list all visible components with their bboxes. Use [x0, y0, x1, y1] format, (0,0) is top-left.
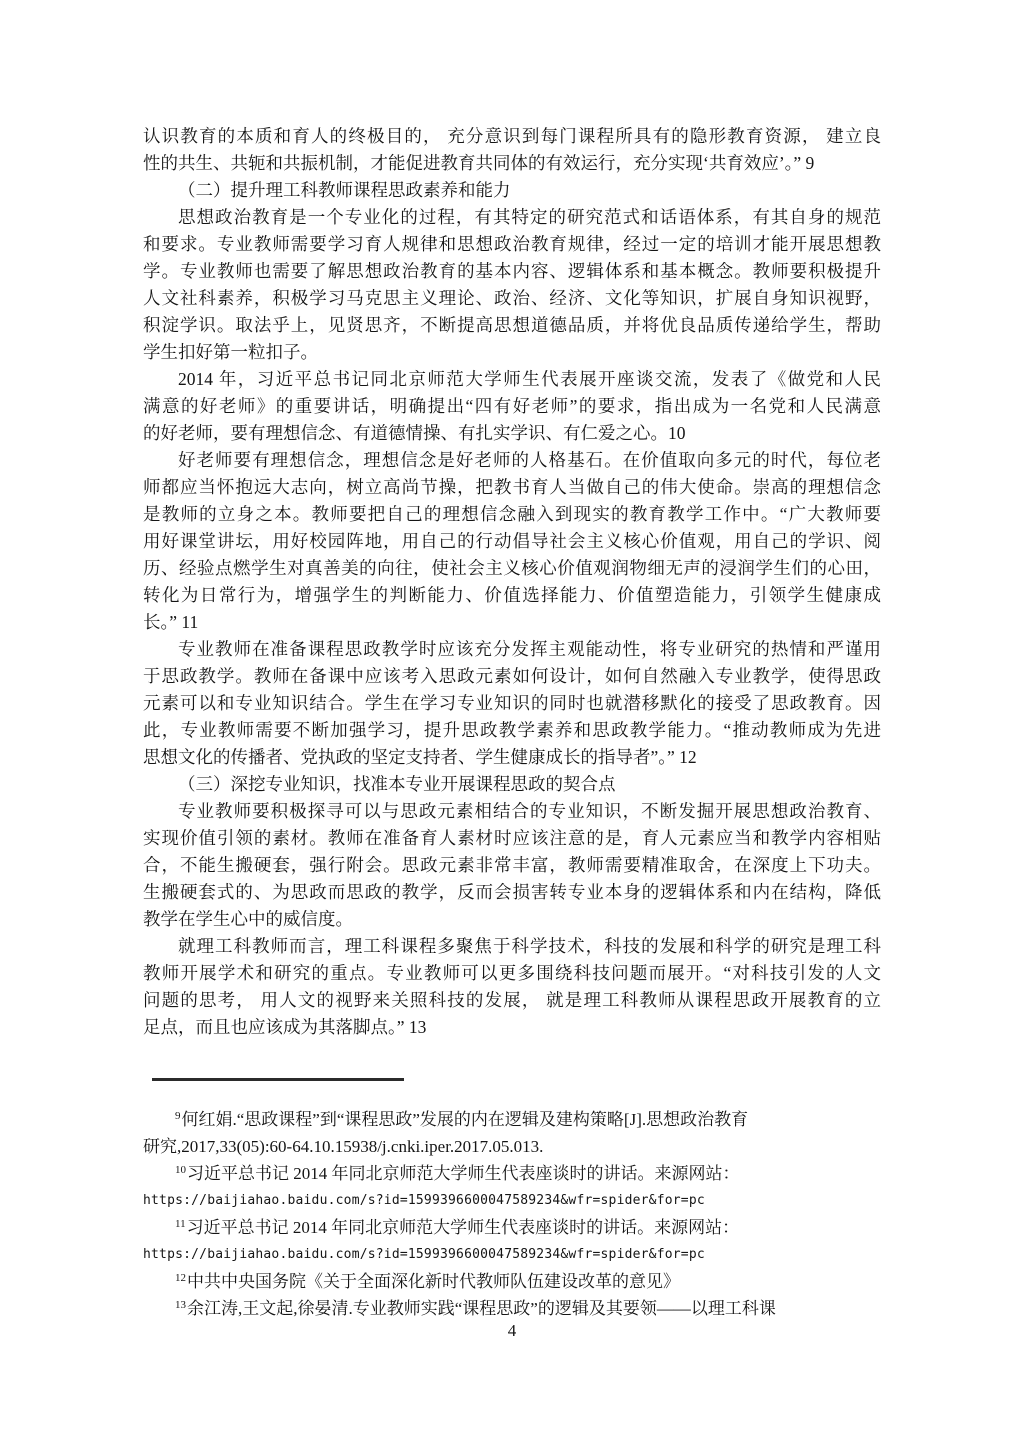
footnote-text: 中共中央国务院《关于全面深化新时代教师队伍建设改革的意见》	[187, 1272, 680, 1291]
footnote-text: https://baijiahao.baidu.com/s?id=1599396…	[143, 1187, 881, 1214]
footnote-number: 9	[175, 1106, 181, 1130]
body-line: 2014 年，习近平总书记同北京师范大学师生代表展开座谈交流，发表了《做党和人民	[143, 366, 881, 393]
footnote-text: 余江涛,王文起,徐晏清.专业教师实践“课程思政”的逻辑及其要领——以理工科课	[187, 1299, 776, 1318]
footnote-text: 习近平总书记 2014 年同北京师范大学师生代表座谈时的讲话。来源网站：	[187, 1218, 740, 1237]
footnote-text: 何红娟.“思政课程”到“课程思政”发展的内在逻辑及建构策略[J].思想政治教育	[182, 1110, 749, 1129]
body-line: 积淀学识。取法乎上，见贤思齐，不断提高思想道德品质，并将优良品质传递给学生，帮助	[143, 312, 881, 339]
body-line: 性的共生、共轭和共振机制，才能促进教育共同体的有效运行，充分实现‘共育效应’。”…	[143, 150, 881, 177]
body-line: 师都应当怀抱远大志向，树立高尚节操，把教书育人当做自己的伟大使命。崇高的理想信念	[143, 474, 881, 501]
body-line: 合，不能生搬硬套，强行附会。思政元素非常丰富，教师需要精准取舍，在深度上下功夫。	[143, 852, 881, 879]
section-heading: （二）提升理工科教师课程思政素养和能力	[143, 177, 881, 204]
footnote-number: 11	[175, 1214, 186, 1238]
footnote-line: 12中共中央国务院《关于全面深化新时代教师队伍建设改革的意见》	[143, 1268, 881, 1295]
footnote-separator	[152, 1078, 404, 1081]
footnote-text: 研究,2017,33(05):60-64.10.15938/j.cnki.ipe…	[143, 1133, 881, 1160]
footnote-line: 10习近平总书记 2014 年同北京师范大学师生代表座谈时的讲话。来源网站：	[143, 1160, 881, 1187]
document-page: 认识教育的本质和育人的终极目的， 充分意识到每门课程所具有的隐形教育资源， 建立…	[0, 0, 1024, 1448]
body-line: 和要求。专业教师需要学习育人规律和思想政治教育规律，经过一定的培训才能开展思想教	[143, 231, 881, 258]
footnote-number: 12	[175, 1268, 186, 1292]
body-line: 教学在学生心中的威信度。	[143, 906, 881, 933]
footnote-number: 13	[175, 1295, 186, 1319]
body-line: 实现价值引领的素材。教师在准备育人素材时应该注意的是，育人元素应当和教学内容相贴	[143, 825, 881, 852]
body-line: 转化为日常行为，增强学生的判断能力、价值选择能力、价值塑造能力，引领学生健康成	[143, 582, 881, 609]
body-line: 思想政治教育是一个专业化的过程，有其特定的研究范式和话语体系，有其自身的规范	[143, 204, 881, 231]
body-line: 长。” 11	[143, 609, 881, 636]
body-line: 生搬硬套式的、为思政而思政的教学，反而会损害转专业本身的逻辑体系和内在结构，降低	[143, 879, 881, 906]
footnote-text: https://baijiahao.baidu.com/s?id=1599396…	[143, 1241, 881, 1268]
body-line: 用好课堂讲坛，用好校园阵地，用自己的行动倡导社会主义核心价值观，用自己的学识、阅	[143, 528, 881, 555]
body-line: 问题的思考， 用人文的视野来关照科技的发展， 就是理工科教师从课程思政开展教育的…	[143, 987, 881, 1014]
page-number: 4	[0, 1317, 1024, 1344]
body-line: 教师开展学术和研究的重点。专业教师可以更多围绕科技问题而展开。“对科技引发的人文	[143, 960, 881, 987]
body-line: 学生扣好第一粒扣子。	[143, 339, 881, 366]
body-line: 足点，而且也应该成为其落脚点。” 13	[143, 1014, 881, 1041]
body-line: 满意的好老师》的重要讲话，明确提出“四有好老师”的要求，指出成为一名党和人民满意	[143, 393, 881, 420]
body-line: 此，专业教师需要不断加强学习，提升思政教学素养和思政教学能力。“推动教师成为先进	[143, 717, 881, 744]
body-line: 专业教师要积极探寻可以与思政元素相结合的专业知识，不断发掘开展思想政治教育、	[143, 798, 881, 825]
body-line: 就理工科教师而言，理工科课程多聚焦于科学技术，科技的发展和科学的研究是理工科	[143, 933, 881, 960]
body-line: 好老师要有理想信念，理想信念是好老师的人格基石。在价值取向多元的时代，每位老	[143, 447, 881, 474]
body-text: 认识教育的本质和育人的终极目的， 充分意识到每门课程所具有的隐形教育资源， 建立…	[143, 123, 881, 1041]
body-line: 的好老师，要有理想信念、有道德情操、有扎实学识、有仁爱之心。10	[143, 420, 881, 447]
body-line: 于思政教学。教师在备课中应该考入思政元素如何设计，如何自然融入专业教学，使得思政	[143, 663, 881, 690]
body-line: 元素可以和专业知识结合。学生在学习专业知识的同时也就潜移默化的接受了思政教育。因	[143, 690, 881, 717]
body-line: 思想文化的传播者、党执政的坚定支持者、学生健康成长的指导者”。” 12	[143, 744, 881, 771]
footnotes: 9何红娟.“思政课程”到“课程思政”发展的内在逻辑及建构策略[J].思想政治教育…	[143, 1106, 881, 1322]
body-line: 历、经验点燃学生对真善美的向往，使社会主义核心价值观润物细无声的浸润学生们的心田…	[143, 555, 881, 582]
body-line: 认识教育的本质和育人的终极目的， 充分意识到每门课程所具有的隐形教育资源， 建立…	[143, 123, 881, 150]
footnote-number: 10	[175, 1160, 186, 1184]
body-line: 学。专业教师也需要了解思想政治教育的基本内容、逻辑体系和基本概念。教师要积极提升	[143, 258, 881, 285]
body-line: 人文社科素养，积极学习马克思主义理论、政治、经济、文化等知识，扩展自身知识视野，	[143, 285, 881, 312]
body-line: 专业教师在准备课程思政教学时应该充分发挥主观能动性，将专业研究的热情和严谨用	[143, 636, 881, 663]
body-line: 是教师的立身之本。教师要把自己的理想信念融入到现实的教育教学工作中。“广大教师要	[143, 501, 881, 528]
footnote-line: 9何红娟.“思政课程”到“课程思政”发展的内在逻辑及建构策略[J].思想政治教育	[143, 1106, 881, 1133]
section-heading: （三）深挖专业知识，找准本专业开展课程思政的契合点	[143, 771, 881, 798]
footnote-text: 习近平总书记 2014 年同北京师范大学师生代表座谈时的讲话。来源网站：	[187, 1164, 740, 1183]
footnote-line: 11习近平总书记 2014 年同北京师范大学师生代表座谈时的讲话。来源网站：	[143, 1214, 881, 1241]
